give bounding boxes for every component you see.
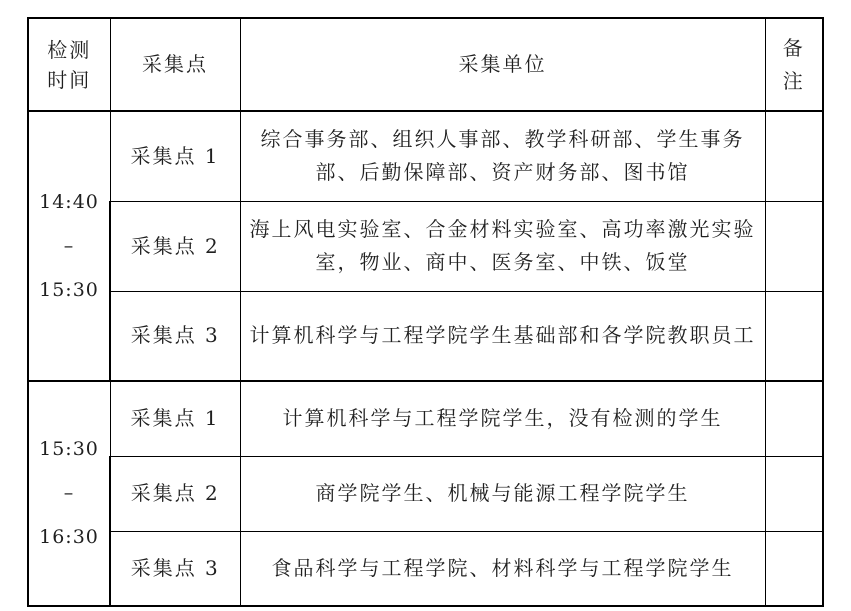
header-remarks: 备注: [765, 18, 823, 111]
time-dash-1: –: [64, 236, 75, 257]
time-end-1: 15:30: [39, 280, 99, 301]
table-row: 采集点 2 商学院学生、机械与能源工程学院学生: [28, 456, 823, 531]
table-row: 14:40 – 15:30 采集点 1 综合事务部、组织人事部、教学科研部、学生…: [28, 111, 823, 201]
table-row: 采集点 3 食品科学与工程学院、材料科学与工程学院学生: [28, 531, 823, 606]
table-row: 采集点 3 计算机科学与工程学院学生基础部和各学院教职员工: [28, 291, 823, 381]
collection-point-cell: 采集点 1: [110, 381, 240, 456]
collection-unit-cell: 综合事务部、组织人事部、教学科研部、学生事务部、后勤保障部、资产财务部、图书馆: [240, 111, 765, 201]
collection-schedule-table: 检测 时间 采集点 采集单位 备注 14:40 – 15:30: [27, 17, 824, 607]
time-range-cell-2: 15:30 – 16:30: [28, 381, 110, 606]
remark-cell: [765, 531, 823, 606]
remark-cell: [765, 111, 823, 201]
header-row: 检测 时间 采集点 采集单位 备注: [28, 18, 823, 111]
collection-unit-cell: 商学院学生、机械与能源工程学院学生: [240, 456, 765, 531]
table-row: 采集点 2 海上风电实验室、合金材料实验室、高功率激光实验室，物业、商中、医务室…: [28, 201, 823, 291]
time-range-2: 15:30 – 16:30: [37, 439, 101, 548]
collection-point-cell: 采集点 2: [110, 456, 240, 531]
time-dash-2: –: [64, 483, 75, 504]
table-row: 15:30 – 16:30 采集点 1 计算机科学与工程学院学生，没有检测的学生: [28, 381, 823, 456]
header-time-line1: 检测: [37, 35, 102, 65]
collection-point-cell: 采集点 3: [110, 531, 240, 606]
header-detection-time-text: 检测 时间: [37, 35, 102, 95]
remark-cell: [765, 381, 823, 456]
collection-unit-cell: 计算机科学与工程学院学生，没有检测的学生: [240, 381, 765, 456]
time-start-1: 14:40: [39, 192, 99, 213]
time-start-2: 15:30: [39, 439, 99, 460]
remark-cell: [765, 201, 823, 291]
collection-point-cell: 采集点 3: [110, 291, 240, 381]
time-range-1: 14:40 – 15:30: [37, 192, 101, 301]
remark-cell: [765, 291, 823, 381]
document-page: 检测 时间 采集点 采集单位 备注 14:40 – 15:30: [0, 0, 851, 611]
collection-unit-cell: 海上风电实验室、合金材料实验室、高功率激光实验室，物业、商中、医务室、中铁、饭堂: [240, 201, 765, 291]
collection-unit-cell: 食品科学与工程学院、材料科学与工程学院学生: [240, 531, 765, 606]
remark-cell: [765, 456, 823, 531]
header-time-line2: 时间: [37, 65, 102, 95]
collection-unit-cell: 计算机科学与工程学院学生基础部和各学院教职员工: [240, 291, 765, 381]
header-collection-point: 采集点: [110, 18, 240, 111]
time-range-cell-1: 14:40 – 15:30: [28, 111, 110, 381]
collection-point-cell: 采集点 2: [110, 201, 240, 291]
header-collection-unit: 采集单位: [240, 18, 765, 111]
header-detection-time: 检测 时间: [28, 18, 110, 111]
time-end-2: 16:30: [39, 527, 99, 548]
collection-point-cell: 采集点 1: [110, 111, 240, 201]
